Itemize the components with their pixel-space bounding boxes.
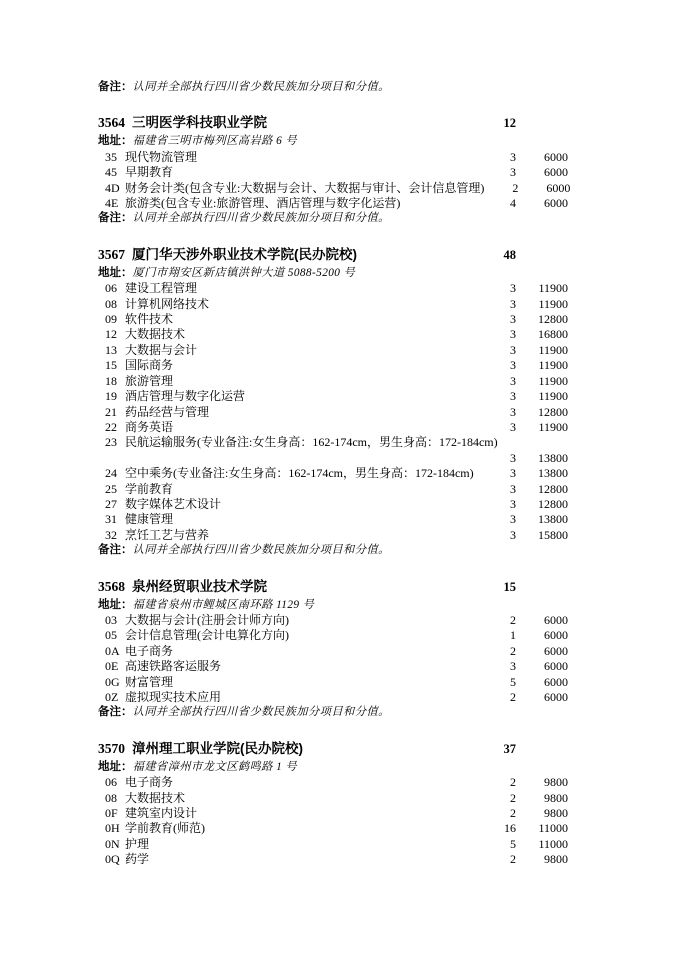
- major-code: 0F: [105, 806, 125, 821]
- major-code: 4D: [105, 181, 125, 196]
- major-code: 0N: [105, 837, 125, 852]
- major-code: 08: [105, 791, 125, 806]
- school-section: 3567 厦门华天涉外职业技术学院(民办院校) 48 地址：厦门市翔安区新店镇洪…: [98, 244, 568, 559]
- major-row: 03 大数据与会计(注册会计师方向) 2 6000: [98, 613, 568, 628]
- major-row: 12 大数据技术 3 16800: [98, 327, 568, 342]
- major-code: 12: [105, 327, 125, 342]
- major-name: 软件技术: [125, 312, 486, 327]
- major-name: 电子商务: [125, 775, 486, 790]
- major-plan-count: 2: [486, 806, 516, 821]
- school-remark-line: 备注：认同并全部执行四川省少数民族加分项目和分值。: [98, 543, 568, 558]
- major-code: 08: [105, 297, 125, 312]
- address-label: 地址：: [98, 135, 133, 147]
- major-name: 建设工程管理: [125, 281, 486, 296]
- major-plan-count: 3: [486, 497, 516, 512]
- major-fee: 11900: [516, 374, 568, 389]
- major-code: 0H: [105, 821, 125, 836]
- major-plan-count: 3: [486, 482, 516, 497]
- major-row: 0E 高速铁路客运服务 3 6000: [98, 659, 568, 674]
- school-total-count: 37: [486, 739, 516, 760]
- major-fee: 6000: [516, 196, 568, 211]
- major-row: 0Q 药学 2 9800: [98, 852, 568, 867]
- major-name: 财务会计类(包含专业:大数据与会计、大数据与审计、会计信息管理): [125, 181, 488, 196]
- major-code: 27: [105, 497, 125, 512]
- major-fee: 6000: [516, 628, 568, 643]
- major-name: 旅游管理: [125, 374, 486, 389]
- major-row: 0H 学前教育(师范) 16 11000: [98, 821, 568, 836]
- major-row: 32 烹饪工艺与营养 3 15800: [98, 528, 568, 543]
- school-remark-line: 备注：认同并全部执行四川省少数民族加分项目和分值。: [98, 705, 568, 720]
- school-remark-line: 备注：认同并全部执行四川省少数民族加分项目和分值。: [98, 211, 568, 226]
- major-plan-count: 2: [486, 644, 516, 659]
- address-line: 地址：福建省三明市梅列区高岩路 6 号: [98, 134, 568, 149]
- address-line: 地址：福建省漳州市龙文区鹤鸣路 1 号: [98, 760, 568, 775]
- major-fee: 9800: [516, 806, 568, 821]
- major-name: 建筑室内设计: [125, 806, 486, 821]
- school-name: 厦门华天涉外职业技术学院(民办院校): [132, 244, 486, 265]
- major-name: 计算机网络技术: [125, 297, 486, 312]
- major-fee: 16800: [516, 327, 568, 342]
- school-header: 3564 三明医学科技职业学院 12: [98, 112, 568, 134]
- major-code: 31: [105, 512, 125, 527]
- major-row: 09 软件技术 3 12800: [98, 312, 568, 327]
- major-fee: 11900: [516, 297, 568, 312]
- major-name: 护理: [125, 837, 486, 852]
- major-name: 学前教育: [125, 482, 486, 497]
- major-code: 0A: [105, 644, 125, 659]
- major-name: 商务英语: [125, 420, 486, 435]
- major-fee: 15800: [516, 528, 568, 543]
- address-label: 地址：: [98, 599, 133, 611]
- major-plan-count: 2: [486, 791, 516, 806]
- major-row: 05 会计信息管理(会计电算化方向) 1 6000: [98, 628, 568, 643]
- major-fee: 12800: [516, 482, 568, 497]
- major-name: 高速铁路客运服务: [125, 659, 486, 674]
- major-row: 23 民航运输服务(专业备注:女生身高：162-174cm，男生身高：172-1…: [98, 435, 568, 450]
- major-row: 15 国际商务 3 11900: [98, 358, 568, 373]
- major-row: 08 大数据技术 2 9800: [98, 791, 568, 806]
- major-row: 3 13800: [98, 451, 568, 466]
- major-list: 06 电子商务 2 9800 08 大数据技术 2 9800 0F 建筑室内设计…: [98, 775, 568, 867]
- major-row: 06 电子商务 2 9800: [98, 775, 568, 790]
- major-code: 0G: [105, 675, 125, 690]
- major-plan-count: 3: [486, 312, 516, 327]
- address-text: 福建省泉州市鲤城区南环路 1129 号: [133, 599, 315, 611]
- major-row: 0G 财富管理 5 6000: [98, 675, 568, 690]
- major-fee: 9800: [516, 791, 568, 806]
- major-row: 24 空中乘务(专业备注:女生身高：162-174cm，男生身高：172-184…: [98, 466, 568, 481]
- major-name: 健康管理: [125, 512, 486, 527]
- address-text: 福建省三明市梅列区高岩路 6 号: [133, 135, 298, 147]
- school-name: 三明医学科技职业学院: [132, 112, 486, 133]
- major-fee: 13800: [516, 466, 568, 481]
- major-row: 18 旅游管理 3 11900: [98, 374, 568, 389]
- major-code: 06: [105, 281, 125, 296]
- major-row: 08 计算机网络技术 3 11900: [98, 297, 568, 312]
- major-row: 4D 财务会计类(包含专业:大数据与会计、大数据与审计、会计信息管理) 2 60…: [98, 181, 568, 196]
- major-name: 空中乘务(专业备注:女生身高：162-174cm，男生身高：172-184cm): [125, 466, 486, 481]
- major-row: 13 大数据与会计 3 11900: [98, 343, 568, 358]
- major-fee: 13800: [516, 451, 568, 466]
- school-code: 3570: [98, 738, 125, 759]
- major-fee: 6000: [516, 675, 568, 690]
- major-code: 0E: [105, 659, 125, 674]
- major-code: 0Z: [105, 690, 125, 705]
- major-plan-count: 3: [486, 374, 516, 389]
- address-line: 地址：福建省泉州市鲤城区南环路 1129 号: [98, 598, 568, 613]
- major-fee: 11900: [516, 420, 568, 435]
- major-fee: 6000: [516, 659, 568, 674]
- major-plan-count: 3: [486, 281, 516, 296]
- school-header: 3567 厦门华天涉外职业技术学院(民办院校) 48: [98, 244, 568, 266]
- major-fee: 11900: [516, 389, 568, 404]
- major-plan-count: 3: [486, 659, 516, 674]
- major-fee: 6000: [516, 690, 568, 705]
- major-plan-count: 2: [486, 613, 516, 628]
- school-section: 3564 三明医学科技职业学院 12 地址：福建省三明市梅列区高岩路 6 号 3…: [98, 112, 568, 226]
- major-name: 药学: [125, 852, 486, 867]
- major-plan-count: 2: [488, 181, 518, 196]
- major-fee: 11000: [516, 821, 568, 836]
- major-code: 18: [105, 374, 125, 389]
- major-code: 13: [105, 343, 125, 358]
- major-name: [125, 451, 486, 466]
- major-fee: 6000: [516, 613, 568, 628]
- major-code: 24: [105, 466, 125, 481]
- major-fee: 12800: [516, 497, 568, 512]
- remark-label: 备注：: [98, 706, 133, 718]
- major-row: 0F 建筑室内设计 2 9800: [98, 806, 568, 821]
- major-list: 06 建设工程管理 3 11900 08 计算机网络技术 3 11900 09 …: [98, 281, 568, 543]
- major-name: 数字媒体艺术设计: [125, 497, 486, 512]
- school-section: 3570 漳州理工职业学院(民办院校) 37 地址：福建省漳州市龙文区鹤鸣路 1…: [98, 738, 568, 868]
- major-code: 09: [105, 312, 125, 327]
- major-fee: 13800: [516, 512, 568, 527]
- major-plan-count: 3: [486, 165, 516, 180]
- remark-label: 备注：: [98, 81, 133, 93]
- major-name: 现代物流管理: [125, 150, 486, 165]
- major-name: 早期教育: [125, 165, 486, 180]
- address-label: 地址：: [98, 267, 133, 279]
- major-plan-count: 3: [486, 420, 516, 435]
- major-name: 旅游类(包含专业:旅游管理、酒店管理与数字化运营): [125, 196, 486, 211]
- major-list: 03 大数据与会计(注册会计师方向) 2 6000 05 会计信息管理(会计电算…: [98, 613, 568, 705]
- remark-text: 认同并全部执行四川省少数民族加分项目和分值。: [133, 544, 390, 556]
- major-row: 4E 旅游类(包含专业:旅游管理、酒店管理与数字化运营) 4 6000: [98, 196, 568, 211]
- major-fee: 9800: [516, 852, 568, 867]
- major-plan-count: 4: [486, 196, 516, 211]
- major-code: 25: [105, 482, 125, 497]
- major-fee: 12800: [516, 405, 568, 420]
- major-row: 21 药品经营与管理 3 12800: [98, 405, 568, 420]
- major-code: 32: [105, 528, 125, 543]
- major-name: 电子商务: [125, 644, 486, 659]
- major-code: 22: [105, 420, 125, 435]
- major-plan-count: 2: [486, 775, 516, 790]
- remark-text: 认同并全部执行四川省少数民族加分项目和分值。: [133, 212, 390, 224]
- remark-label: 备注：: [98, 544, 133, 556]
- major-name: 大数据技术: [125, 791, 486, 806]
- major-name: 酒店管理与数字化运营: [125, 389, 486, 404]
- major-row: 25 学前教育 3 12800: [98, 482, 568, 497]
- major-code: [105, 451, 125, 466]
- school-section: 3568 泉州经贸职业技术学院 15 地址：福建省泉州市鲤城区南环路 1129 …: [98, 576, 568, 721]
- document-content: 备注：认同并全部执行四川省少数民族加分项目和分值。 3564 三明医学科技职业学…: [98, 80, 568, 868]
- major-fee: 11000: [516, 837, 568, 852]
- school-list: 3564 三明医学科技职业学院 12 地址：福建省三明市梅列区高岩路 6 号 3…: [98, 112, 568, 867]
- major-plan-count: 3: [486, 150, 516, 165]
- major-plan-count: 3: [486, 389, 516, 404]
- major-row: 35 现代物流管理 3 6000: [98, 150, 568, 165]
- major-code: 05: [105, 628, 125, 643]
- major-fee: 6000: [516, 644, 568, 659]
- school-code: 3568: [98, 576, 125, 597]
- major-row: 31 健康管理 3 13800: [98, 512, 568, 527]
- major-fee: 11900: [516, 358, 568, 373]
- major-row: 27 数字媒体艺术设计 3 12800: [98, 497, 568, 512]
- address-line: 地址：厦门市翔安区新店镇洪钟大道 5088-5200 号: [98, 266, 568, 281]
- major-row: 06 建设工程管理 3 11900: [98, 281, 568, 296]
- major-code: 15: [105, 358, 125, 373]
- carryover-remark-line: 备注：认同并全部执行四川省少数民族加分项目和分值。: [98, 80, 568, 95]
- major-code: 19: [105, 389, 125, 404]
- major-code: 4E: [105, 196, 125, 211]
- major-row: 0N 护理 5 11000: [98, 837, 568, 852]
- school-total-count: 15: [486, 577, 516, 598]
- document-page: 备注：认同并全部执行四川省少数民族加分项目和分值。 3564 三明医学科技职业学…: [0, 0, 680, 961]
- school-header: 3570 漳州理工职业学院(民办院校) 37: [98, 738, 568, 760]
- major-name: 民航运输服务(专业备注:女生身高：162-174cm，男生身高：172-184c…: [125, 435, 568, 450]
- major-list: 35 现代物流管理 3 6000 45 早期教育 3 6000 4D 财务会计类…: [98, 150, 568, 212]
- remark-label: 备注：: [98, 212, 133, 224]
- major-name: 会计信息管理(会计电算化方向): [125, 628, 486, 643]
- major-row: 0Z 虚拟现实技术应用 2 6000: [98, 690, 568, 705]
- major-row: 22 商务英语 3 11900: [98, 420, 568, 435]
- major-fee: 9800: [516, 775, 568, 790]
- major-row: 0A 电子商务 2 6000: [98, 644, 568, 659]
- major-name: 财富管理: [125, 675, 486, 690]
- address-text: 福建省漳州市龙文区鹤鸣路 1 号: [133, 761, 298, 773]
- major-row: 45 早期教育 3 6000: [98, 165, 568, 180]
- major-name: 学前教育(师范): [125, 821, 486, 836]
- major-code: 23: [105, 435, 125, 450]
- major-fee: 11900: [516, 281, 568, 296]
- major-fee: 11900: [516, 343, 568, 358]
- major-fee: 12800: [516, 312, 568, 327]
- major-code: 21: [105, 405, 125, 420]
- major-plan-count: 5: [486, 837, 516, 852]
- address-text: 厦门市翔安区新店镇洪钟大道 5088-5200 号: [133, 267, 356, 279]
- major-fee: 6000: [518, 181, 570, 196]
- major-name: 大数据与会计: [125, 343, 486, 358]
- major-plan-count: 3: [486, 466, 516, 481]
- remark-text: 认同并全部执行四川省少数民族加分项目和分值。: [133, 81, 390, 93]
- major-code: 06: [105, 775, 125, 790]
- school-name: 泉州经贸职业技术学院: [132, 576, 486, 597]
- major-plan-count: 3: [486, 405, 516, 420]
- major-name: 国际商务: [125, 358, 486, 373]
- major-plan-count: 1: [486, 628, 516, 643]
- major-name: 烹饪工艺与营养: [125, 528, 486, 543]
- school-code: 3567: [98, 244, 125, 265]
- major-plan-count: 3: [486, 297, 516, 312]
- major-code: 0Q: [105, 852, 125, 867]
- address-label: 地址：: [98, 761, 133, 773]
- major-fee: 6000: [516, 165, 568, 180]
- school-name: 漳州理工职业学院(民办院校): [132, 738, 486, 759]
- major-code: 35: [105, 150, 125, 165]
- major-plan-count: 5: [486, 675, 516, 690]
- major-plan-count: 16: [486, 821, 516, 836]
- major-plan-count: 3: [486, 528, 516, 543]
- school-code: 3564: [98, 112, 125, 133]
- school-total-count: 12: [486, 113, 516, 134]
- school-header: 3568 泉州经贸职业技术学院 15: [98, 576, 568, 598]
- major-plan-count: 3: [486, 451, 516, 466]
- major-fee: 6000: [516, 150, 568, 165]
- major-plan-count: 3: [486, 343, 516, 358]
- major-name: 药品经营与管理: [125, 405, 486, 420]
- major-code: 03: [105, 613, 125, 628]
- major-plan-count: 3: [486, 512, 516, 527]
- remark-text: 认同并全部执行四川省少数民族加分项目和分值。: [133, 706, 390, 718]
- major-code: 45: [105, 165, 125, 180]
- major-name: 大数据与会计(注册会计师方向): [125, 613, 486, 628]
- major-name: 虚拟现实技术应用: [125, 690, 486, 705]
- major-plan-count: 3: [486, 358, 516, 373]
- major-name: 大数据技术: [125, 327, 486, 342]
- major-plan-count: 3: [486, 327, 516, 342]
- school-total-count: 48: [486, 245, 516, 266]
- major-row: 19 酒店管理与数字化运营 3 11900: [98, 389, 568, 404]
- major-plan-count: 2: [486, 690, 516, 705]
- major-plan-count: 2: [486, 852, 516, 867]
